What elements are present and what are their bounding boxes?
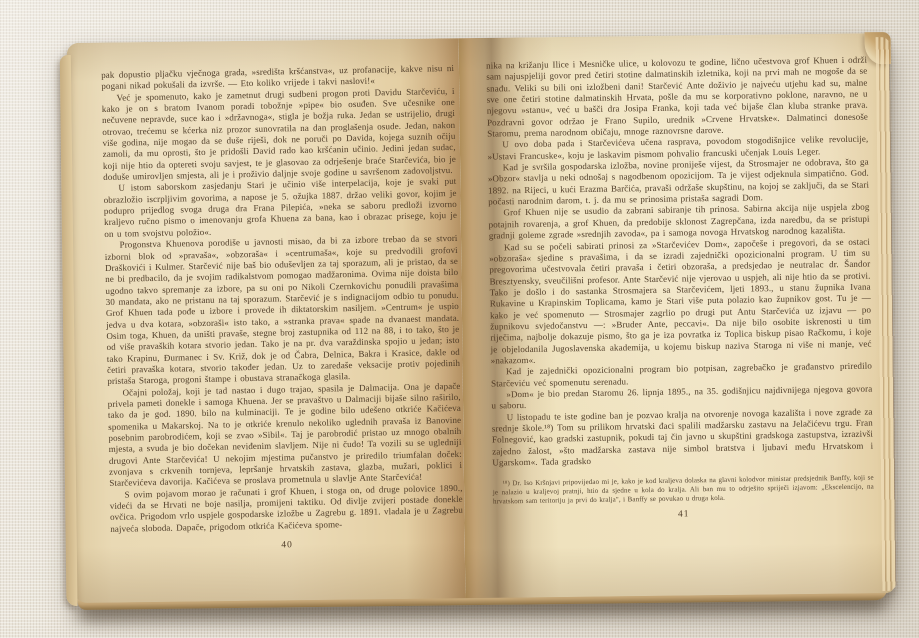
right-page-paragraphs: nika na križanju Ilice i Mesničke ulice,… <box>486 55 873 469</box>
curled-page-corner <box>865 32 891 64</box>
left-page-text: pak dopustio pljačku vječnoga grada, »sr… <box>101 63 464 555</box>
right-page: nika na križanju Ilice i Mesničke ulice,… <box>459 33 896 598</box>
paragraph: Progonstva Khuenova porodiše u javnosti … <box>104 233 460 388</box>
paragraph: Očajni položaj, koji je tad nastao i dug… <box>107 380 462 489</box>
paragraph: Grof Khuen nije se usudio da zabrani sab… <box>488 202 869 242</box>
paragraph: Već je spomenuto, kako je zametnut drugi… <box>101 86 456 184</box>
page-number-left: 40 <box>111 537 464 555</box>
left-page: pak dopustio pljačku vječnoga grada, »sr… <box>67 38 466 603</box>
footnote: ¹⁸) Dr. Iso Kršnjavi pripovijedao mi je,… <box>493 474 874 506</box>
paragraph: U istom saborskom zasjedanju Stari je uč… <box>103 176 457 240</box>
left-page-paragraphs: pak dopustio pljačku vječnoga grada, »sr… <box>101 63 463 535</box>
paragraph: Kad su se počeli sabirati prinosi za »St… <box>489 236 872 367</box>
paragraph: nika na križanju Ilice i Mesničke ulice,… <box>486 55 868 140</box>
page-number-right: 41 <box>493 507 874 524</box>
paragraph: U listopadu te iste godine ban je pozvao… <box>492 406 874 469</box>
open-book: pak dopustio pljačku vječnoga grada, »sr… <box>67 33 896 603</box>
paragraph: S ovim pojavom morao je računati i grof … <box>109 483 463 535</box>
right-page-text: nika na križanju Ilice i Mesničke ulice,… <box>486 55 874 525</box>
paragraph: Kad je svršila gospodarska izložba, novi… <box>488 157 870 208</box>
